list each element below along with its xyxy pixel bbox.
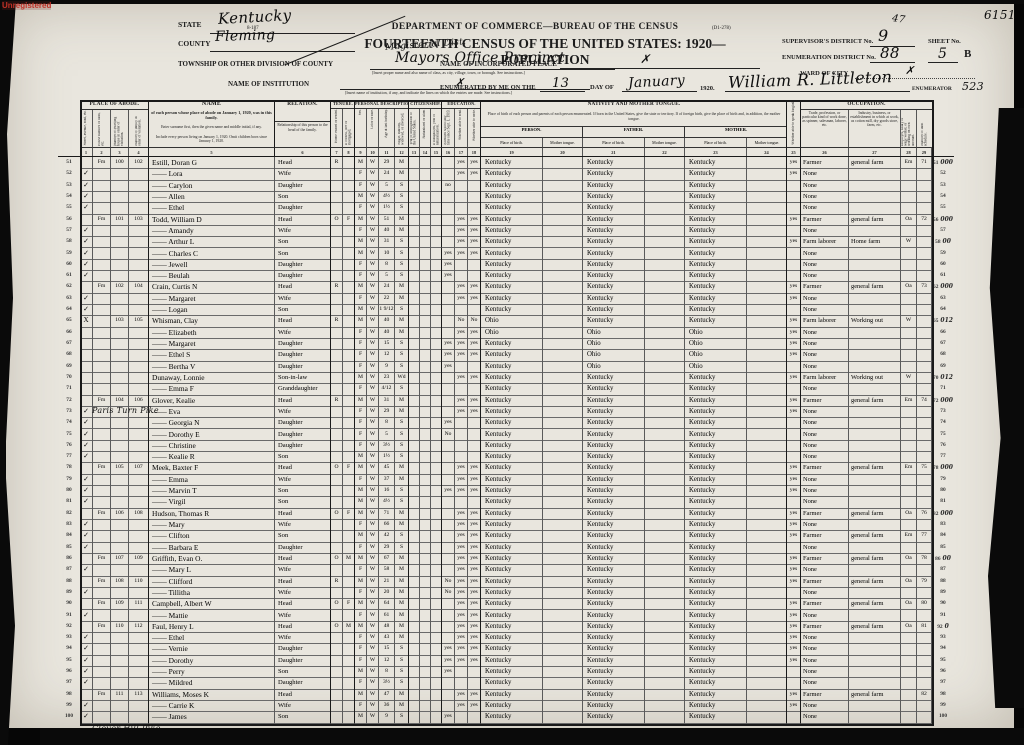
- column-number: 5: [149, 147, 275, 156]
- person-row: 82Fm106108Hudson, Thomas RHeadOFMW71Myes…: [58, 508, 954, 519]
- column-number: 23: [685, 147, 747, 156]
- column-number: 12: [395, 147, 409, 156]
- name-note2: Enter surname first, then the given name…: [149, 124, 274, 133]
- sex: M: [355, 711, 367, 723]
- relation: Son: [275, 711, 331, 723]
- line-number-right: 100: [932, 711, 954, 723]
- home-owned-rented: [331, 711, 343, 723]
- person-row: 59✓—— Charles CSonMW10SyesyesyesKentucky…: [58, 248, 954, 259]
- group-label: CITIZENSHIP.: [409, 100, 442, 109]
- group-label: PLACE OF ABODE.: [80, 100, 149, 110]
- state-value: Kentucky: [218, 6, 292, 28]
- township-note: [Insert proper name and also name of cla…: [372, 71, 612, 75]
- person-row: 56Fm101103Todd, William DHeadOFMW51Myesy…: [58, 214, 954, 225]
- attended-school: yes: [442, 711, 455, 723]
- person-row: 65X103105Whisman, ClayHeadRMW40MNoNoOhio…: [58, 315, 954, 326]
- column-number: 2: [93, 147, 111, 156]
- group-label: NAME: [149, 100, 274, 110]
- enumeration-district-value: 88: [880, 44, 900, 62]
- person-row: 55✓—— EthelDaughterFW1½SKentuckyKentucky…: [58, 202, 954, 213]
- margin-mark: 012: [940, 317, 953, 324]
- person-row: 52✓—— LoraWifeFW24MyesyesKentuckyKentuck…: [58, 168, 954, 179]
- col-label-dwelling: Number of dwelling house in order of vis…: [114, 110, 125, 146]
- corner-mark: 6151: [984, 8, 1016, 22]
- empty-cell: [747, 711, 787, 723]
- person-row: 84✓—— CliftonSonMW42SyesyesKentuckyKentu…: [58, 530, 954, 541]
- employer-class: [901, 711, 917, 723]
- group-place-of-abode: PLACE OF ABODE. Street, avenue, road, et…: [80, 100, 149, 147]
- occupation: None: [801, 711, 849, 723]
- col-label-house: House number or farm, etc.: [98, 110, 105, 146]
- person-row: 66—— ElizabethWifeFW40MyesyesOhioOhioOhi…: [58, 327, 954, 338]
- scan-edge-top: [0, 0, 1024, 4]
- group-label: OCCUPATION.: [801, 100, 932, 110]
- column-number: 18: [468, 147, 481, 156]
- group-label: RELATION.: [275, 100, 330, 122]
- ward-mark: ✗: [905, 64, 915, 77]
- institution-label: NAME OF INSTITUTION: [228, 80, 309, 88]
- col-label-farm-schedule: Number of farm schedule.: [921, 110, 928, 146]
- column-number: 25: [787, 147, 801, 156]
- person-row: 58✓—— Arthur LSonMW31SyesyesKentuckyKent…: [58, 236, 954, 247]
- incorporated-place-mark: ✗: [640, 52, 650, 66]
- person-row: 68—— Ethel SDaughterFW12SyesyesyesKentuc…: [58, 349, 954, 360]
- state-label: STATE: [178, 20, 201, 29]
- person-row: 73✓—— EvaWifeFW29MyesyesKentuckyKentucky…: [58, 406, 954, 417]
- subgroup-father: FATHER.: [583, 127, 685, 137]
- column-number: 3: [111, 147, 129, 156]
- group-tenure: TENURE. Home owned or rented. If owned, …: [331, 100, 355, 147]
- census-page: STATE Kentucky COUNTY Fleming TOWNSHIP O…: [0, 0, 1024, 745]
- person-row: 87✓—— Mary LWifeFW58MyesyesKentuckyKentu…: [58, 564, 954, 575]
- person-row: 51Fm100102Estill, Doran GHeadRMW29Myesye…: [58, 157, 954, 168]
- column-number: 29: [917, 147, 932, 156]
- column-numbers-row: 1234567891011121314151617181920212223242…: [58, 147, 954, 157]
- col-label-naturalized: Naturalized or alien.: [423, 109, 427, 138]
- column-number: 13: [409, 147, 420, 156]
- subgroup-mother: MOTHER.: [685, 127, 787, 137]
- col-label-marital: Single, married, widowed, or divorced.: [398, 109, 405, 145]
- column-number: 27: [849, 147, 901, 156]
- margin-mark: 000: [940, 397, 953, 404]
- column-number: 22: [645, 147, 685, 156]
- column-number: 15: [431, 147, 442, 156]
- column-number: 24: [747, 147, 787, 156]
- col-label-write: Whether able to write.: [473, 109, 477, 141]
- supervisor-stray-mark: 47: [891, 13, 906, 26]
- sublabel-mt: Mother tongue.: [652, 140, 677, 145]
- sublabel-pob: Place of birth.: [602, 140, 625, 145]
- col-label-naturalization-year: If naturalized, year of naturalization.: [433, 109, 440, 145]
- col-label-street: Street, avenue, road, etc.: [84, 110, 88, 145]
- month-line: [622, 91, 697, 92]
- name-note: of each person whose place of abode on J…: [149, 110, 274, 124]
- column-number: 6: [275, 147, 331, 156]
- person-row: 98Fm111113Williams, Moses KHeadMW47Myesy…: [58, 689, 954, 700]
- col-label-age: Age at last birthday.: [385, 109, 389, 138]
- place-of-birth: Kentucky: [481, 711, 543, 723]
- empty-cell: [409, 711, 420, 723]
- column-number: 21: [583, 147, 645, 156]
- county-value: Fleming: [215, 27, 276, 45]
- person-row: 53✓—— CarylonDaughterFW5SnoKentuckyKentu…: [58, 180, 954, 191]
- column-number: 11: [379, 147, 395, 156]
- col-label-color: Color or race.: [371, 109, 375, 129]
- person-row: 64✓—— LoganSonMW1 9/12SKentuckyKentuckyK…: [58, 304, 954, 315]
- group-nativity: NATIVITY AND MOTHER TONGUE. Place of bir…: [481, 100, 787, 147]
- column-number: 16: [442, 147, 455, 156]
- free-mortgaged: [343, 711, 355, 723]
- col-label-free-mortgaged: If owned, free or mortgaged.: [345, 109, 352, 145]
- person-row: 90Fm109111Campbell, Albert WHeadOFMW64My…: [58, 598, 954, 609]
- age: 9: [379, 711, 395, 723]
- column-number: 28: [901, 147, 917, 156]
- person-row: 89✓—— TillithaWifeFW20MNoyesyesKentuckyK…: [58, 587, 954, 598]
- supervisor-district-value: 9: [878, 26, 888, 45]
- relation-note: Relationship of this person to the head …: [275, 122, 330, 147]
- empty-cell: [420, 711, 431, 723]
- nativity-note: Place of birth of each person and parent…: [481, 111, 787, 127]
- year-label: 1920.: [700, 85, 715, 92]
- col-label-industry: Industry, business, or establishment in …: [849, 110, 900, 129]
- margin-mark: 000: [940, 510, 953, 517]
- col-label-trade: Trade, profession, or particular kind of…: [801, 110, 848, 129]
- county-label: COUNTY: [178, 39, 211, 48]
- group-relation: RELATION. Relationship of this person to…: [275, 100, 331, 147]
- column-number: 20: [543, 147, 583, 156]
- col-label-immigration: Year of immigration to the United States…: [410, 109, 417, 145]
- person-row: 62Fm102104Crain, Curtis NHeadRMW24Myesye…: [58, 281, 954, 292]
- sublabel-pob: Place of birth.: [500, 140, 523, 145]
- name: —— James: [149, 711, 275, 723]
- day-of-label: DAY OF: [590, 84, 614, 91]
- person-row: 81✓—— VirgilSonMW4½SKentuckyKentuckyKent…: [58, 496, 954, 507]
- margin-mark: 000: [940, 283, 953, 290]
- mother-place-of-birth: Kentucky: [685, 711, 747, 723]
- name-note3: Include every person living on January 1…: [149, 134, 274, 147]
- sublabel-pob: Place of birth.: [704, 140, 727, 145]
- supervisor-district-label: SUPERVISOR'S DISTRICT No.: [782, 38, 873, 45]
- ward-line: [855, 78, 975, 79]
- table-header: PLACE OF ABODE. Street, avenue, road, et…: [58, 100, 954, 147]
- person-row: 78Fm105107Meek, Baxter FHeadOFMW45Myesye…: [58, 462, 954, 473]
- person-row: 95✓—— DorothyDaughterFW12SyesyesyesKentu…: [58, 655, 954, 666]
- person-row: 70Dunaway, LonnieSon-in-lawMW23WdyesyesK…: [58, 372, 954, 383]
- scan-edge-bottom: [40, 728, 1024, 745]
- street-name-annotation: Paris Turn Pike: [92, 400, 159, 418]
- column-number: 14: [420, 147, 431, 156]
- line-number-left: 100: [58, 711, 80, 723]
- col-label-english: Whether able to speak English.: [792, 100, 796, 145]
- person-row: 96✓—— PerrySonMW8SyesKentuckyKentuckyKen…: [58, 666, 954, 677]
- sheet-letter: B: [964, 48, 971, 60]
- column-number: 8: [343, 147, 355, 156]
- person-row: 72Fm104106Glover, KealieHeadRMW31Myesyes…: [58, 395, 954, 406]
- person-row: 54✓—— AllenSonMW4½SKentuckyKentuckyKentu…: [58, 191, 954, 202]
- person-row: 60✓—— JewellDaughterFW8SyesKentuckyKentu…: [58, 259, 954, 270]
- person-row: 79✓—— EmmaWifeFW37MyesyesKentuckyKentuck…: [58, 474, 954, 485]
- group-occupation: OCCUPATION. Trade, profession, or partic…: [801, 100, 932, 147]
- person-row: 86Fm107109Griffith, Evan O.HeadOMMW67Mye…: [58, 553, 954, 564]
- able-to-write: [468, 711, 481, 723]
- person-row: 77✓—— Kealie RSonMW1½SKentuckyKentuckyKe…: [58, 451, 954, 462]
- enumerated-prefix: ENUMERATED BY ME ON THE: [440, 84, 536, 91]
- sublabel-mt: Mother tongue.: [755, 140, 780, 145]
- margin-mark: 00: [943, 238, 951, 245]
- group-citizenship: CITIZENSHIP. Year of immigration to the …: [409, 100, 442, 147]
- margin-mark: 000: [940, 216, 953, 223]
- person-row: 75✓—— Dorothy EDaughterFW5SNoKentuckyKen…: [58, 429, 954, 440]
- group-name: NAME of each person whose place of abode…: [149, 100, 275, 147]
- enum-district-line: [870, 62, 915, 63]
- col-label-family: Number of family in order of visitation.: [135, 110, 142, 146]
- col-label-sex: Sex.: [359, 109, 363, 115]
- column-number: 1: [80, 147, 93, 156]
- column-number: 19: [481, 147, 543, 156]
- column-number: 26: [801, 147, 849, 156]
- column-number: 17: [455, 147, 468, 156]
- col-label-employer-class: Employer, salary or wage worker, or work…: [901, 110, 915, 146]
- person-row: 76✓—— ChristineDaughterFW3½SKentuckyKent…: [58, 440, 954, 451]
- group-personal-description: PERSONAL DESCRIPTION. Sex. Color or race…: [355, 100, 409, 147]
- enumeration-month: January: [628, 73, 686, 92]
- margin-mark: 000: [940, 464, 953, 471]
- person-row: 88Fm108110—— CliffordHeadRMW21MNoyesyesK…: [58, 576, 954, 587]
- person-row: 97✓—— MildredDaughterFW3½SKentuckyKentuc…: [58, 677, 954, 688]
- person-row: 57✓—— AmandyWifeFW40MyesyesKentuckyKentu…: [58, 225, 954, 236]
- incorporated-place-line: [560, 68, 760, 69]
- enumeration-district-label: ENUMERATION DISTRICT No.: [782, 54, 876, 61]
- column-number: 9: [355, 147, 367, 156]
- person-row: 100✓—— JamesSonMW9SyesKentuckyKentuckyKe…: [58, 711, 954, 722]
- unregistered-watermark: Unregistered: [2, 1, 51, 10]
- empty-cell: [431, 711, 442, 723]
- empty-cell: [543, 711, 583, 723]
- speaks-english: [787, 711, 801, 723]
- column-number: 7: [331, 147, 343, 156]
- marital-status: S: [395, 711, 409, 723]
- form-code: (D1-278): [712, 26, 731, 31]
- person-row: 71—— Emma FGranddaughterFW4/12SKentuckyK…: [58, 383, 954, 394]
- group-label: PERSONAL DESCRIPTION.: [355, 100, 409, 109]
- person-row: 85✓—— Barbara EDaughterFW29SyesyesKentuc…: [58, 542, 954, 553]
- person-row: 63✓—— MargaretWifeFW22MyesyesKentuckyKen…: [58, 293, 954, 304]
- sheet-value: 5: [938, 46, 947, 62]
- day-line: [540, 91, 585, 92]
- street-name-label: Paris Turn Pike: [92, 406, 159, 415]
- form-number: 8-187: [247, 26, 259, 31]
- ward-label: WARD OF CITY: [800, 70, 848, 77]
- margin-mark: 000: [940, 159, 953, 166]
- farm-schedule: [917, 711, 932, 723]
- column-number: 4: [129, 147, 149, 156]
- person-row: 94✓—— VernieDaughterFW15SyesyesyesKentuc…: [58, 643, 954, 654]
- subgroup-person: PERSON.: [481, 127, 583, 137]
- enumeration-day: 13: [552, 76, 569, 91]
- person-row: 99✓—— Carrie KWifeFW36MyesyesKentuckyKen…: [58, 700, 954, 711]
- person-row: 83✓—— MaryWifeFW66MyesyesKentuckyKentuck…: [58, 519, 954, 530]
- township-label: TOWNSHIP OR OTHER DIVISION OF COUNTY: [178, 60, 333, 68]
- person-row: 92Fm110112Faul, Henry LHeadOMMW48Myesyes…: [58, 621, 954, 632]
- person-row: 61✓—— BeulahDaughterFW5SyesKentuckyKentu…: [58, 270, 954, 281]
- table-body: 51Fm100102Estill, Doran GHeadRMW29Myesye…: [58, 157, 954, 723]
- enumerator-label: ENUMERATOR: [912, 86, 952, 92]
- margin-mark: 0: [945, 623, 949, 630]
- empty-cell: [645, 711, 685, 723]
- person-row: 91✓—— MattieWifeFW61MyesyesKentuckyKentu…: [58, 610, 954, 621]
- industry: [849, 711, 901, 723]
- group-label: NATIVITY AND MOTHER TONGUE.: [481, 100, 787, 111]
- col-label-owned-rented: Home owned or rented.: [335, 109, 339, 143]
- father-place-of-birth: Kentucky: [583, 711, 645, 723]
- group-label: TENURE.: [331, 100, 355, 109]
- person-row: 80✓—— Marvin TSonMW16SyesyesyesKentuckyK…: [58, 485, 954, 496]
- signature-line: [725, 91, 910, 92]
- col-label-read: Whether able to read.: [459, 109, 463, 140]
- sheet-label: SHEET No.: [928, 38, 961, 45]
- department-heading: DEPARTMENT OF COMMERCE—BUREAU OF THE CEN…: [370, 22, 700, 32]
- person-row: 67—— MargaretDaughterFW15SyesyesyesKentu…: [58, 338, 954, 349]
- margin-mark: 00: [943, 555, 951, 562]
- able-to-read: [455, 711, 468, 723]
- edge-mark: 523: [962, 80, 984, 93]
- person-row: 93✓—— EthelWifeFW43MyesyesKentuckyKentuc…: [58, 632, 954, 643]
- margin-mark: 012: [940, 374, 953, 381]
- sublabel-mt: Mother tongue.: [550, 140, 575, 145]
- person-row: 69—— Bertha VDaughterFW9SyesKentuckyOhio…: [58, 361, 954, 372]
- col-speaks-english: Whether able to speak English.: [787, 100, 801, 147]
- column-number: 10: [367, 147, 379, 156]
- group-label: EDUCATION.: [442, 100, 481, 109]
- col-label-school: Attended school any time since Sept. 1, …: [444, 109, 451, 145]
- person-row: 74✓—— Georgia NDaughterFW8SyesKentuckyKe…: [58, 417, 954, 428]
- group-education: EDUCATION. Attended school any time sinc…: [442, 100, 481, 147]
- color-race: W: [367, 711, 379, 723]
- incorporated-place-label: NAME OF INCORPORATED PLACE: [440, 60, 557, 68]
- sheet-line: [928, 62, 958, 63]
- census-table: PLACE OF ABODE. Street, avenue, road, et…: [58, 100, 954, 723]
